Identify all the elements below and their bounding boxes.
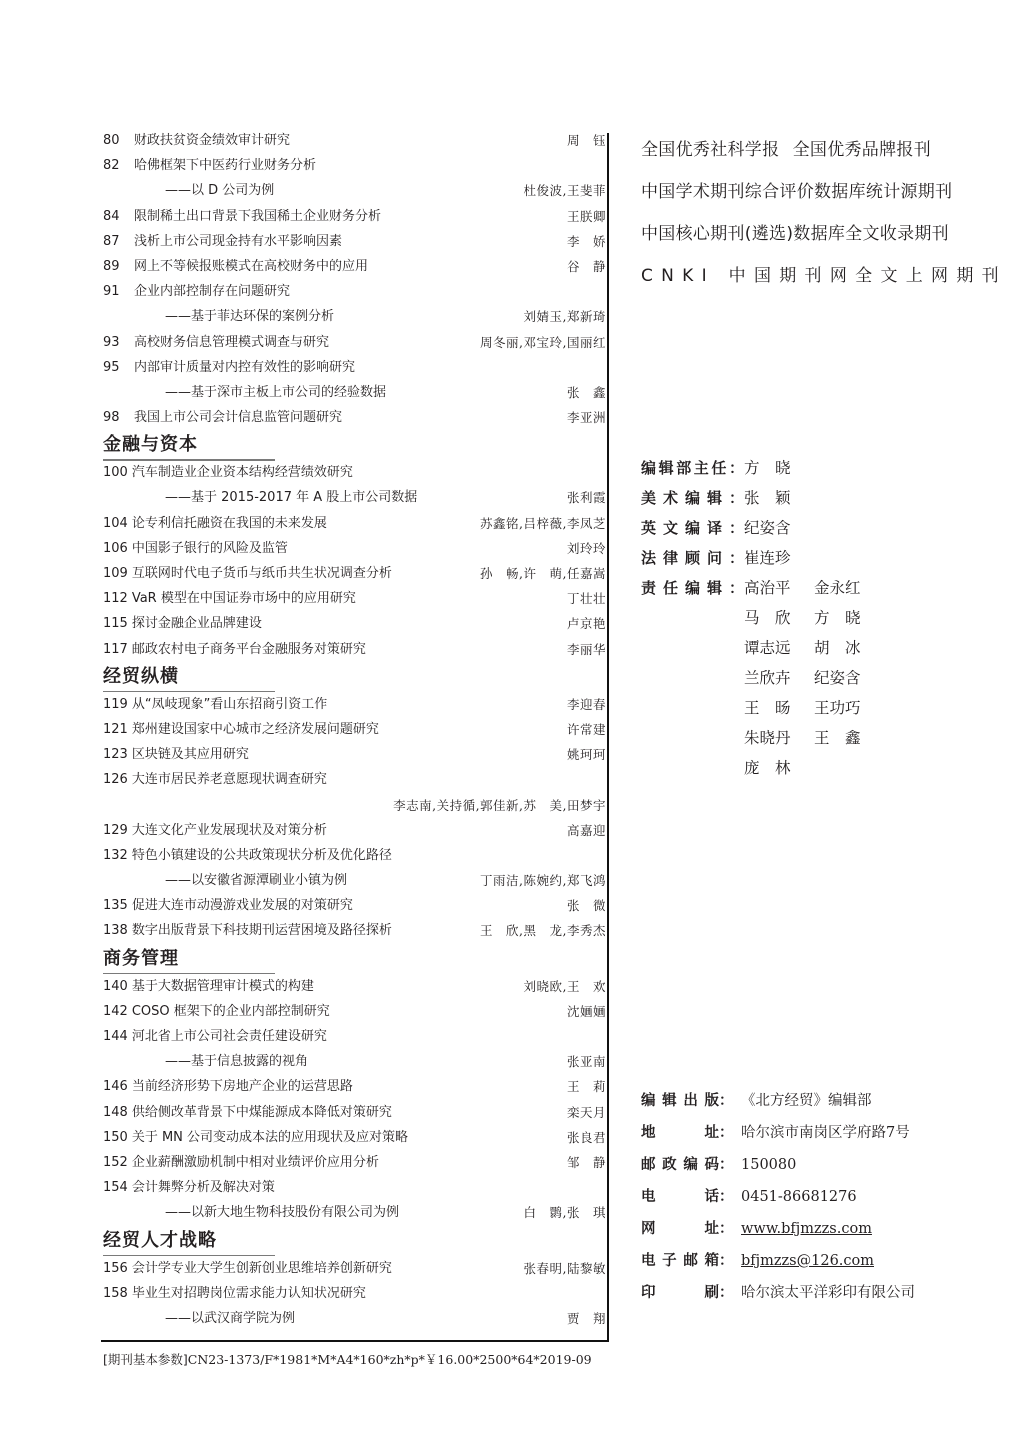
publisher-link[interactable]: bfjmzzs@126.com [741,1248,874,1280]
toc-entry[interactable]: 87浅析上市公司现金持有水平影响因素李 娇 [103,229,606,254]
article-title: 促进大连市动漫游戏业发展的对策研究 [132,898,353,913]
article-authors: 邹 静 [567,1150,606,1175]
label-colon: ： [719,1280,741,1312]
toc-subtitle-row[interactable]: ——以新大地生物科技股份有限公司为例白 鹮,张 琪 [103,1200,606,1225]
article-title: 关于 MN 公司变动成本法的应用现状及应对策略 [132,1130,408,1145]
toc-entry[interactable]: 98我国上市公司会计信息监管问题研究李亚洲 [103,405,606,430]
article-title: 中国影子银行的风险及监管 [132,541,288,556]
page-number: 140 [103,974,128,999]
staff-names: 庞 林 [744,756,814,786]
honor-text: 全国优秀品牌报刊 [793,135,931,177]
article-title: 网上不等候报账模式在高校财务中的应用 [134,259,368,274]
toc-subtitle-row[interactable]: ——基于信息披露的视角张亚南 [103,1049,606,1074]
page-number: 95 [103,355,134,380]
article-title: 企业内部控制存在问题研究 [134,284,290,299]
label-colon: ： [719,1184,741,1216]
publisher-label: 编辑出版 [641,1088,719,1120]
publisher-row: 电话：0451-86681276 [641,1184,915,1216]
page-number: 91 [103,279,134,304]
staff-row: 法律顾问：崔连珍 [641,546,884,576]
staff-row: 编辑部主任：方 晓 [641,456,884,486]
staff-name: 庞 林 [744,756,814,780]
publisher-link[interactable]: www.bfjmzzs.com [741,1216,872,1248]
article-title: ——以武汉商学院为例 [103,1311,295,1326]
staff-row: 英文编译：纪姿含 [641,516,884,546]
article-title: 数字出版背景下科技期刊运营困境及路径探析 [132,923,392,938]
staff-row: 责任编辑：高治平金永红 [641,576,884,606]
publisher-value: 哈尔滨市南岗区学府路7号 [741,1120,910,1152]
article-title: 互联网时代电子货币与纸币共生状况调查分析 [132,566,392,581]
staff-name: 张 颖 [744,486,814,510]
publisher-value: 《北方经贸》编辑部 [741,1088,872,1120]
article-authors: 张 鑫 [567,380,606,405]
toc-entry[interactable]: 106中国影子银行的风险及监管刘玲玲 [103,536,606,561]
publisher-row: 网址：www.bfjmzzs.com [641,1216,915,1248]
staff-row: 美术编辑：张 颖 [641,486,884,516]
page-number: 126 [103,767,128,792]
journal-parameters: [期刊基本参数]CN23-1373/F*1981*M*A4*160*zh*p*￥… [103,1350,592,1368]
article-title: ——以安徽省源潭刷业小镇为例 [103,873,347,888]
article-title: 哈佛框架下中医药行业财务分析 [134,158,316,173]
page-number: 123 [103,742,128,767]
article-authors: 刘婧玉,郑新琦 [524,304,606,329]
staff-name: 金永红 [814,576,884,600]
staff-role: 责任编辑： [641,576,744,606]
staff-role: 法律顾问： [641,546,744,576]
article-title: 大连市居民养老意愿现状调查研究 [132,772,327,787]
table-of-contents: 80财政扶贫资金绩效审计研究周 钰82哈佛框架下中医药行业财务分析——以 D 公… [103,128,606,1331]
toc-subtitle-row[interactable]: ——以安徽省源潭刷业小镇为例丁雨洁,陈婉约,郑飞鸿 [103,868,606,893]
toc-entry[interactable]: 138数字出版背景下科技期刊运营困境及路径探析王 欣,黑 龙,李秀杰 [103,918,606,943]
article-title: 探讨金融企业品牌建设 [132,616,262,631]
staff-name: 王功巧 [814,696,884,720]
publisher-row: 印刷：哈尔滨太平洋彩印有限公司 [641,1280,915,1312]
staff-role [641,726,744,756]
toc-subtitle-row[interactable]: ——基于 2015-2017 年 A 股上市公司数据张利霞 [103,485,606,510]
page-number: 84 [103,204,134,229]
page-number: 152 [103,1150,128,1175]
staff-names: 张 颖 [744,486,814,516]
label-colon: ： [719,1120,741,1152]
toc-entry[interactable]: 82哈佛框架下中医药行业财务分析 [103,153,606,178]
page-number: 132 [103,843,128,868]
label-colon: ： [719,1088,741,1120]
publisher-label: 网址 [641,1216,719,1248]
toc-entry[interactable]: 132特色小镇建设的公共政策现状分析及优化路径 [103,843,606,868]
publisher-row: 编辑出版：《北方经贸》编辑部 [641,1088,915,1120]
article-title: 供给侧改革背景下中煤能源成本降低对策研究 [132,1105,392,1120]
toc-entry[interactable]: 119从“凤岐现象”看山东招商引资工作李迎春 [103,692,606,717]
staff-role [641,606,744,636]
page-number: 156 [103,1256,128,1281]
page-number: 100 [103,460,128,485]
page-number: 154 [103,1175,128,1200]
staff-names: 马 欣方 晓 [744,606,884,636]
article-title: 财政扶贫资金绩效审计研究 [134,133,290,148]
staff-names: 兰欣卉纪姿含 [744,666,884,696]
article-authors: 贾 翔 [567,1306,606,1331]
staff-role [641,756,744,786]
toc-entry[interactable]: 142COSO 框架下的企业内部控制研究沈婳婳 [103,999,606,1024]
article-authors: 张良君 [567,1125,606,1150]
staff-names: 谭志远胡 冰 [744,636,884,666]
staff-name: 高治平 [744,576,814,600]
editorial-staff: 编辑部主任：方 晓美术编辑：张 颖英文编译：纪姿含法律顾问：崔连珍责任编辑：高治… [641,456,884,786]
staff-role [641,696,744,726]
page-number: 109 [103,561,128,586]
article-authors: 姚珂珂 [567,742,606,767]
honors-line-2: 中国学术期刊综合评价数据库统计源期刊 [641,177,931,219]
staff-names: 朱晓丹王 鑫 [744,726,884,756]
publisher-info: 编辑出版：《北方经贸》编辑部地址：哈尔滨市南岗区学府路7号邮政编码：150080… [641,1088,915,1312]
toc-entry[interactable]: 100汽车制造业企业资本结构经营绩效研究 [103,460,606,485]
staff-names: 崔连珍 [744,546,814,576]
staff-role: 编辑部主任： [641,456,744,486]
article-title: 内部审计质量对内控有效性的影响研究 [134,360,355,375]
toc-entry[interactable]: 104论专利信托融资在我国的未来发展苏鑫铭,吕梓薇,李凤芝 [103,511,606,536]
toc-entry[interactable]: 91企业内部控制存在问题研究 [103,279,606,304]
toc-entry[interactable]: 154会计舞弊分析及解决对策 [103,1175,606,1200]
toc-entry[interactable]: 148供给侧改革背景下中煤能源成本降低对策研究栾天月 [103,1100,606,1125]
article-authors: 孙 畅,许 萌,任嘉嵩 [480,561,606,586]
article-title: 邮政农村电子商务平台金融服务对策研究 [132,642,366,657]
article-authors: 杜俊波,王斐菲 [524,178,606,203]
staff-row: 王 旸王功巧 [641,696,884,726]
article-authors: 李迎春 [567,692,606,717]
publisher-label: 地址 [641,1120,719,1152]
article-authors: 李志南,关持循,郭佳新,苏 美,田梦宇 [393,793,606,818]
toc-entry[interactable]: 156会计学专业大学生创新创业思维培养创新研究张春明,陆黎敏 [103,1256,606,1281]
toc-entry[interactable]: 112VaR 模型在中国证券市场中的应用研究丁壮壮 [103,586,606,611]
toc-subtitle-row[interactable]: ——以武汉商学院为例贾 翔 [103,1306,606,1331]
page-number: 106 [103,536,128,561]
staff-row: 马 欣方 晓 [641,606,884,636]
article-title: 论专利信托融资在我国的未来发展 [132,516,327,531]
article-authors: 刘玲玲 [567,536,606,561]
publisher-label: 电子邮箱 [641,1248,719,1280]
article-authors: 张春明,陆黎敏 [524,1256,606,1281]
page-number: 138 [103,918,128,943]
article-authors: 刘晓欧,王 欢 [524,974,606,999]
label-colon: ： [719,1152,741,1184]
article-authors: 苏鑫铭,吕梓薇,李凤芝 [480,511,606,536]
toc-entry[interactable]: 93高校财务信息管理模式调查与研究周冬丽,邓宝玲,国丽红 [103,330,606,355]
staff-role [641,666,744,696]
article-authors: 张亚南 [567,1049,606,1074]
honors-line-3: 中国核心期刊(遴选)数据库全文收录期刊 [641,219,931,261]
page-number: 117 [103,637,128,662]
publisher-value: 150080 [741,1152,796,1184]
article-authors: 高嘉迎 [567,818,606,843]
publisher-value: 哈尔滨太平洋彩印有限公司 [741,1280,915,1312]
params-label: [期刊基本参数] [103,1352,188,1367]
article-authors: 丁雨洁,陈婉约,郑飞鸿 [480,868,606,893]
page-number: 104 [103,511,128,536]
article-title: 郑州建设国家中心城市之经济发展问题研究 [132,722,379,737]
section-heading: 经贸人才战略 [103,1226,606,1254]
page-number: 129 [103,818,128,843]
staff-row: 兰欣卉纪姿含 [641,666,884,696]
toc-entry[interactable]: 140基于大数据管理审计模式的构建刘晓欧,王 欢 [103,974,606,999]
article-title: ——以 D 公司为例 [103,183,274,198]
staff-name: 王 旸 [744,696,814,720]
article-title: ——基于 2015-2017 年 A 股上市公司数据 [103,490,417,505]
toc-entry[interactable]: 109互联网时代电子货币与纸币共生状况调查分析孙 畅,许 萌,任嘉嵩 [103,561,606,586]
section-heading: 金融与资本 [103,430,606,458]
publisher-label: 电话 [641,1184,719,1216]
article-authors: 张利霞 [567,485,606,510]
staff-name: 朱晓丹 [744,726,814,750]
article-title: 当前经济形势下房地产企业的运营思路 [132,1079,353,1094]
publisher-label: 印刷 [641,1280,719,1312]
staff-name: 方 晓 [814,606,884,630]
page-number: 146 [103,1074,128,1099]
toc-entry[interactable]: 150关于 MN 公司变动成本法的应用现状及应对策略张良君 [103,1125,606,1150]
journal-honors: 全国优秀社科学报 全国优秀品牌报刊 中国学术期刊综合评价数据库统计源期刊 中国核… [641,135,931,303]
article-authors: 周 钰 [567,128,606,153]
toc-subtitle-row[interactable]: ——基于深市主板上市公司的经验数据张 鑫 [103,380,606,405]
page-number: 89 [103,254,134,279]
toc-entry[interactable]: 144河北省上市公司社会责任建设研究 [103,1024,606,1049]
page-number: 80 [103,128,134,153]
honors-line-1: 全国优秀社科学报 全国优秀品牌报刊 [641,135,931,177]
article-title: 浅析上市公司现金持有水平影响因素 [134,234,342,249]
toc-entry[interactable]: 121郑州建设国家中心城市之经济发展问题研究许常建 [103,717,606,742]
toc-entry[interactable]: 146当前经济形势下房地产企业的运营思路王 莉 [103,1074,606,1099]
article-authors: 许常建 [567,717,606,742]
toc-subtitle-row[interactable]: ——基于菲达环保的案例分析刘婧玉,郑新琦 [103,304,606,329]
article-authors: 丁壮壮 [567,586,606,611]
article-authors: 谷 静 [567,254,606,279]
staff-row: 朱晓丹王 鑫 [641,726,884,756]
page-number: 82 [103,153,134,178]
article-title: 从“凤岐现象”看山东招商引资工作 [132,697,327,712]
staff-name: 马 欣 [744,606,814,630]
staff-names: 王 旸王功巧 [744,696,884,726]
article-title: ——基于深市主板上市公司的经验数据 [103,385,386,400]
publisher-row: 电子邮箱：bfjmzzs@126.com [641,1248,915,1280]
article-authors: 王朕卿 [567,204,606,229]
staff-names: 高治平金永红 [744,576,884,606]
article-title: ——以新大地生物科技股份有限公司为例 [103,1205,399,1220]
article-title [103,798,165,813]
staff-name: 兰欣卉 [744,666,814,690]
article-authors: 李亚洲 [567,405,606,430]
article-title: ——基于信息披露的视角 [103,1054,308,1069]
staff-name: 谭志远 [744,636,814,660]
toc-entry[interactable]: 95内部审计质量对内控有效性的影响研究 [103,355,606,380]
staff-name: 纪姿含 [814,666,884,690]
page-number: 87 [103,229,134,254]
article-authors: 周冬丽,邓宝玲,国丽红 [480,330,606,355]
article-authors: 沈婳婳 [567,999,606,1024]
article-title: 汽车制造业企业资本结构经营绩效研究 [132,465,353,480]
staff-row: 庞 林 [641,756,884,786]
toc-entry[interactable]: 115探讨金融企业品牌建设卢京艳 [103,611,606,636]
page-number: 93 [103,330,134,355]
honor-text: 全国优秀社科学报 [641,135,779,177]
staff-name: 崔连珍 [744,546,814,570]
article-authors: 王 欣,黑 龙,李秀杰 [480,918,606,943]
article-title: 基于大数据管理审计模式的构建 [132,979,314,994]
page-number: 148 [103,1100,128,1125]
page-number: 121 [103,717,128,742]
toc-subtitle-row[interactable]: ——以 D 公司为例杜俊波,王斐菲 [103,178,606,203]
article-authors: 李丽华 [567,637,606,662]
label-colon: ： [719,1248,741,1280]
page-number: 144 [103,1024,128,1049]
staff-name: 纪姿含 [744,516,814,540]
params-value: CN23-1373/F*1981*M*A4*160*zh*p*￥16.00*25… [188,1352,592,1367]
article-authors: 王 莉 [567,1074,606,1099]
staff-name: 王 鑫 [814,726,884,750]
article-title: 河北省上市公司社会责任建设研究 [132,1029,327,1044]
page-number: 158 [103,1281,128,1306]
publisher-row: 邮政编码：150080 [641,1152,915,1184]
staff-role: 英文编译： [641,516,744,546]
honors-line-4: CNKI 中国期刊网全文上网期刊 [641,261,931,303]
toc-entry[interactable]: 117邮政农村电子商务平台金融服务对策研究李丽华 [103,637,606,662]
column-divider [607,133,609,1342]
page-number: 98 [103,405,134,430]
toc-entry[interactable]: 80财政扶贫资金绩效审计研究周 钰 [103,128,606,153]
page-number: 112 [103,586,128,611]
publisher-row: 地址：哈尔滨市南岗区学府路7号 [641,1120,915,1152]
staff-name: 方 晓 [744,456,814,480]
toc-entry[interactable]: 152企业薪酬激励机制中相对业绩评价应用分析邹 静 [103,1150,606,1175]
staff-name: 胡 冰 [814,636,884,660]
toc-subtitle-row[interactable]: 李志南,关持循,郭佳新,苏 美,田梦宇 [103,793,606,818]
page-number: 142 [103,999,128,1024]
article-title: COSO 框架下的企业内部控制研究 [132,1004,330,1019]
toc-entry[interactable]: 84限制稀土出口背景下我国稀土企业财务分析王朕卿 [103,204,606,229]
staff-names: 纪姿含 [744,516,814,546]
article-authors: 白 鹮,张 琪 [524,1200,606,1225]
page-number: 115 [103,611,128,636]
article-title: 大连文化产业发展现状及对策分析 [132,823,327,838]
article-title: 特色小镇建设的公共政策现状分析及优化路径 [132,848,392,863]
staff-role: 美术编辑： [641,486,744,516]
section-heading: 经贸纵横 [103,662,606,690]
article-title: ——基于菲达环保的案例分析 [103,309,334,324]
article-title: 企业薪酬激励机制中相对业绩评价应用分析 [132,1155,379,1170]
article-title: 会计学专业大学生创新创业思维培养创新研究 [132,1261,392,1276]
article-authors: 栾天月 [567,1100,606,1125]
article-title: VaR 模型在中国证券市场中的应用研究 [132,591,356,606]
article-title: 高校财务信息管理模式调查与研究 [134,335,329,350]
article-title: 会计舞弊分析及解决对策 [132,1180,275,1195]
toc-entry[interactable]: 123区块链及其应用研究姚珂珂 [103,742,606,767]
toc-entry[interactable]: 129大连文化产业发展现状及对策分析高嘉迎 [103,818,606,843]
section-heading: 商务管理 [103,944,606,972]
article-authors: 张 微 [567,893,606,918]
article-title: 限制稀土出口背景下我国稀土企业财务分析 [134,209,381,224]
article-authors: 卢京艳 [567,611,606,636]
toc-entry[interactable]: 135促进大连市动漫游戏业发展的对策研究张 微 [103,893,606,918]
label-colon: ： [719,1216,741,1248]
page-number: 135 [103,893,128,918]
page-number: 150 [103,1125,128,1150]
staff-role [641,636,744,666]
toc-entry[interactable]: 89网上不等候报账模式在高校财务中的应用谷 静 [103,254,606,279]
footer-rule [101,1340,609,1342]
toc-entry[interactable]: 158毕业生对招聘岗位需求能力认知状况研究 [103,1281,606,1306]
article-title: 区块链及其应用研究 [132,747,249,762]
publisher-value: 0451-86681276 [741,1184,857,1216]
page-number: 119 [103,692,128,717]
staff-row: 谭志远胡 冰 [641,636,884,666]
toc-entry[interactable]: 126大连市居民养老意愿现状调查研究 [103,767,606,792]
article-title: 毕业生对招聘岗位需求能力认知状况研究 [132,1286,366,1301]
staff-names: 方 晓 [744,456,814,486]
publisher-label: 邮政编码 [641,1152,719,1184]
article-title: 我国上市公司会计信息监管问题研究 [134,410,342,425]
article-authors: 李 娇 [567,229,606,254]
